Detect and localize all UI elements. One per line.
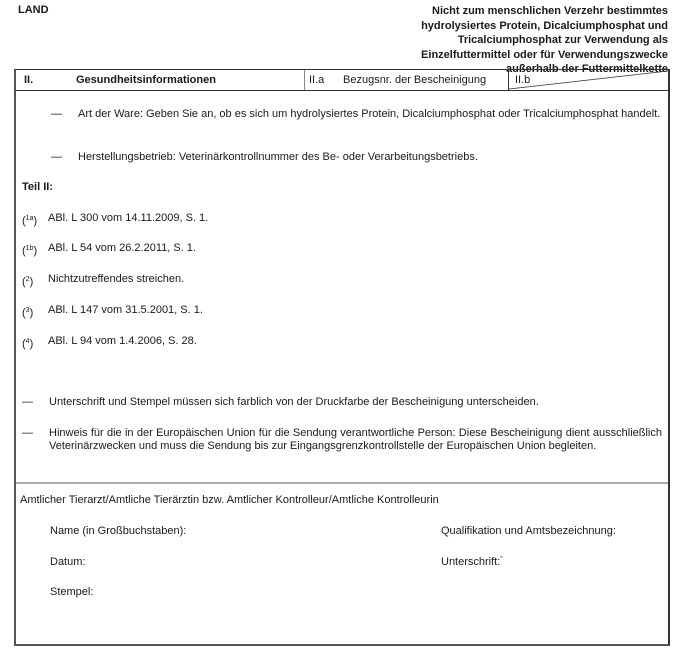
title-line: Einzelfuttermittel oder für Verwendungsz… bbox=[338, 48, 668, 63]
teil2-heading: Teil II: bbox=[22, 181, 662, 194]
note-text: Art der Ware: Geben Sie an, ob es sich u… bbox=[78, 108, 662, 121]
footnote-4: (4) ABl. L 94 vom 1.4.2006, S. 28. bbox=[22, 335, 662, 351]
dash: — bbox=[51, 151, 78, 164]
footnote-text: ABl. L 54 vom 26.2.2011, S. 1. bbox=[48, 242, 196, 258]
footnote-mark: (3) bbox=[22, 304, 48, 320]
iib-cell: II.b bbox=[508, 70, 668, 90]
note-text: Unterschrift und Stempel müssen sich far… bbox=[49, 396, 662, 409]
document-title: Nicht zum menschlichen Verzehr bestimmte… bbox=[338, 4, 668, 77]
note-establishment: — Herstellungsbetrieb: Veterinärkontroll… bbox=[51, 151, 662, 164]
section-title: Gesundheitsinformationen bbox=[76, 70, 304, 90]
section-header-row: II. Gesundheitsinformationen II.a Bezugs… bbox=[14, 69, 670, 91]
stamp-label: Stempel: bbox=[50, 586, 93, 598]
reference-number-cell: II.a Bezugsnr. der Bescheinigung bbox=[304, 70, 508, 90]
name-label: Name (in Großbuchstaben): bbox=[50, 525, 186, 537]
note-responsible-person: — Hinweis für die in der Europäischen Un… bbox=[22, 427, 662, 453]
iia-text: Bezugsnr. der Bescheinigung bbox=[335, 74, 486, 86]
footnote-mark: (4) bbox=[22, 335, 48, 351]
title-line: Nicht zum menschlichen Verzehr bestimmte… bbox=[338, 4, 668, 19]
footnote-mark: (1a) bbox=[22, 212, 48, 228]
footnote-text: ABl. L 147 vom 31.5.2001, S. 1. bbox=[48, 304, 203, 320]
note-text: Herstellungsbetrieb: Veterinärkontrollnu… bbox=[78, 151, 662, 164]
qualification-label: Qualifikation und Amtsbezeichnung: bbox=[441, 525, 616, 537]
footnote-mark: (1b) bbox=[22, 242, 48, 258]
iia-label: II.a bbox=[305, 74, 335, 86]
note-signature-color: — Unterschrift und Stempel müssen sich f… bbox=[22, 396, 662, 409]
footnote-text: Nichtzutreffendes streichen. bbox=[48, 273, 184, 289]
footnote-2: (2) Nichtzutreffendes streichen. bbox=[22, 273, 662, 289]
footnote-text: ABl. L 300 vom 14.11.2009, S. 1. bbox=[48, 212, 208, 228]
note-text: Hinweis für die in der Europäischen Unio… bbox=[49, 427, 662, 453]
footnote-1a: (1a) ABl. L 300 vom 14.11.2009, S. 1. bbox=[22, 212, 662, 228]
country-label: LAND bbox=[18, 4, 49, 16]
dash: — bbox=[51, 108, 78, 121]
footnote-3: (3) ABl. L 147 vom 31.5.2001, S. 1. bbox=[22, 304, 662, 320]
footnote-mark: (2) bbox=[22, 273, 48, 289]
dash: — bbox=[22, 396, 49, 409]
dash: — bbox=[22, 427, 49, 453]
date-label: Datum: bbox=[50, 556, 85, 568]
signature-label: Unterschrift:” bbox=[441, 556, 503, 568]
title-line: Tricalciumphosphat zur Verwendung als bbox=[338, 33, 668, 48]
section-divider bbox=[16, 482, 668, 484]
diagonal-strike bbox=[509, 70, 668, 90]
section-number: II. bbox=[16, 70, 76, 90]
footnote-1b: (1b) ABl. L 54 vom 26.2.2011, S. 1. bbox=[22, 242, 662, 258]
title-line: hydrolysiertes Protein, Dicalciumphospha… bbox=[338, 19, 668, 34]
note-goods-type: — Art der Ware: Geben Sie an, ob es sich… bbox=[51, 108, 662, 121]
official-label: Amtlicher Tierarzt/Amtliche Tierärztin b… bbox=[20, 494, 439, 506]
footnote-text: ABl. L 94 vom 1.4.2006, S. 28. bbox=[48, 335, 197, 351]
